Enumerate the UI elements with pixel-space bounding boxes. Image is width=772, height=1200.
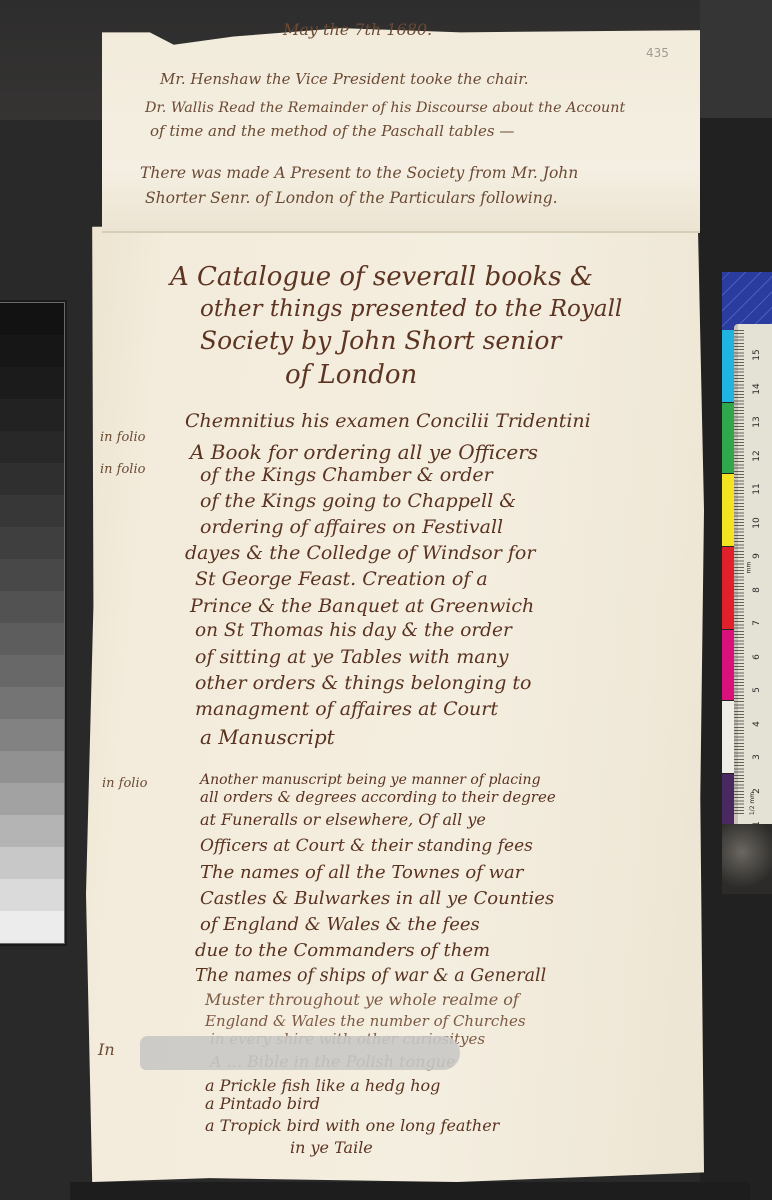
ruler-number: 15 <box>752 344 762 366</box>
ruler-number: 6 <box>752 646 762 668</box>
catalogue-entry-line: The names of all the Townes of war <box>200 862 523 883</box>
color-swatch-green <box>722 403 734 474</box>
margin-note: In <box>98 1040 115 1059</box>
color-swatch-magenta <box>722 630 734 701</box>
catalogue-entry-line: due to the Commanders of them <box>195 940 490 961</box>
ruler-number: 14 <box>752 378 762 400</box>
catalogue-title-line: Society by John Short senior <box>200 326 561 355</box>
gray-patch <box>0 367 64 399</box>
scan-backdrop-panel <box>700 0 772 118</box>
catalogue-entry-line: of the Kings going to Chappell & <box>200 490 516 512</box>
catalogue-entry-line: a Tropick bird with one long feather <box>205 1116 499 1135</box>
catalogue-entry-line: A Book for ordering all ye Officers <box>190 440 538 464</box>
gray-patch <box>0 719 64 751</box>
gray-patch <box>0 335 64 367</box>
catalogue-entry-line: of the Kings Chamber & order <box>200 464 493 486</box>
gray-patch <box>0 495 64 527</box>
ruler-number: 10 <box>752 512 762 534</box>
minutes-line: Mr. Henshaw the Vice President tooke the… <box>160 70 529 88</box>
catalogue-entry-line: a Prickle fish like a hedg hog <box>205 1076 440 1095</box>
gray-patch <box>0 431 64 463</box>
gray-patch <box>0 463 64 495</box>
color-swatch-cyan <box>722 330 734 403</box>
minutes-line: of time and the method of the Paschall t… <box>150 122 514 140</box>
gray-patch <box>0 687 64 719</box>
catalogue-entry-line: The names of ships of war & a Generall <box>195 966 546 986</box>
catalogue-entry-line: Muster throughout ye whole realme of <box>205 990 519 1009</box>
grayscale-calibration-card <box>0 302 65 944</box>
minutes-line: There was made A Present to the Society … <box>140 164 578 182</box>
catalogue-title-line: A Catalogue of severall books & <box>170 262 593 292</box>
catalogue-entry-line: in ye Taile <box>290 1138 373 1157</box>
color-swatch-red <box>722 547 734 630</box>
folio-number: 435 <box>646 46 669 60</box>
scan-backdrop-bottom <box>70 1182 750 1200</box>
catalogue-entry-line: dayes & the Colledge of Windsor for <box>185 542 535 564</box>
gray-patch <box>0 911 64 943</box>
catalogue-entry-line: ordering of affaires on Festivall <box>200 516 503 538</box>
ruler-number: 13 <box>752 411 762 433</box>
catalogue-entry-line: of sitting at ye Tables with many <box>195 646 509 668</box>
ruler-number: 11 <box>752 478 762 500</box>
catalogue-entry-line: Officers at Court & their standing fees <box>200 836 533 856</box>
ruler-number: 12 <box>752 445 762 467</box>
color-swatch-white <box>722 701 734 774</box>
catalogue-entry-line: managment of affaires at Court <box>195 698 498 720</box>
catalogue-title-line: of London <box>285 360 417 390</box>
gray-patch <box>0 751 64 783</box>
ruler-blue-cap <box>722 272 772 330</box>
gray-patch <box>0 783 64 815</box>
minutes-date: May the 7th 1680. <box>283 20 432 39</box>
color-swatch-strip <box>722 330 734 820</box>
gray-patch <box>0 399 64 431</box>
ruler-number: 5 <box>752 679 762 701</box>
ruler-unit-mm: mm <box>745 562 752 574</box>
ruler-unit-half-mm: 1/2 mm <box>749 792 756 815</box>
gray-patch <box>0 559 64 591</box>
catalogue-entry-line: on St Thomas his day & the order <box>195 620 512 641</box>
ruler-number: 3 <box>752 746 762 768</box>
catalogue-entry-line: a Manuscript <box>200 725 335 749</box>
gray-patch <box>0 879 64 911</box>
gray-patch <box>0 303 64 335</box>
catalogue-entry-line: Castles & Bulwarkes in all ye Counties <box>200 888 554 909</box>
catalogue-entry-line: Another manuscript being ye manner of pl… <box>200 772 541 788</box>
catalogue-entry-line: Chemnitius his examen Concilii Tridentin… <box>185 410 591 432</box>
ruler-ticks <box>734 330 744 816</box>
ruler-bottom-patch <box>722 824 772 894</box>
minutes-line: Dr. Wallis Read the Remainder of his Dis… <box>145 100 625 116</box>
catalogue-entry-line: St George Feast. Creation of a <box>195 568 488 590</box>
gray-patch <box>0 527 64 559</box>
slip-fold-edge <box>102 231 700 233</box>
catalogue-entry-line: all orders & degrees according to their … <box>200 788 556 806</box>
ruler-number: 4 <box>752 713 762 735</box>
color-swatch-yellow <box>722 474 734 547</box>
margin-note: in folio <box>100 462 145 477</box>
catalogue-entry-line: of England & Wales & the fees <box>200 914 480 935</box>
margin-note: in folio <box>102 776 147 791</box>
color-swatch-purple <box>722 774 734 827</box>
gray-patch <box>0 623 64 655</box>
ruler-color-target: 151413121110987654321 mm 1/2 mm <box>719 272 772 894</box>
paper-repair-stain <box>140 1036 460 1070</box>
catalogue-entry-line: at Funeralls or elsewhere, Of all ye <box>200 810 486 829</box>
catalogue-entry-line: Prince & the Banquet at Greenwich <box>190 595 534 617</box>
gray-patch <box>0 591 64 623</box>
ruler-number: 9 <box>752 545 762 567</box>
gray-patch <box>0 847 64 879</box>
margin-note: in folio <box>100 430 145 445</box>
ruler-number: 7 <box>752 612 762 634</box>
minutes-line: Shorter Senr. of London of the Particula… <box>145 189 558 207</box>
gray-patch <box>0 655 64 687</box>
ruler-number: 8 <box>752 579 762 601</box>
gray-patch <box>0 815 64 847</box>
catalogue-entry-line: England & Wales the number of Churches <box>205 1012 526 1030</box>
catalogue-entry-line: other orders & things belonging to <box>195 672 531 694</box>
catalogue-entry-line: a Pintado bird <box>205 1094 320 1113</box>
catalogue-title-line: other things presented to the Royall <box>200 296 622 322</box>
